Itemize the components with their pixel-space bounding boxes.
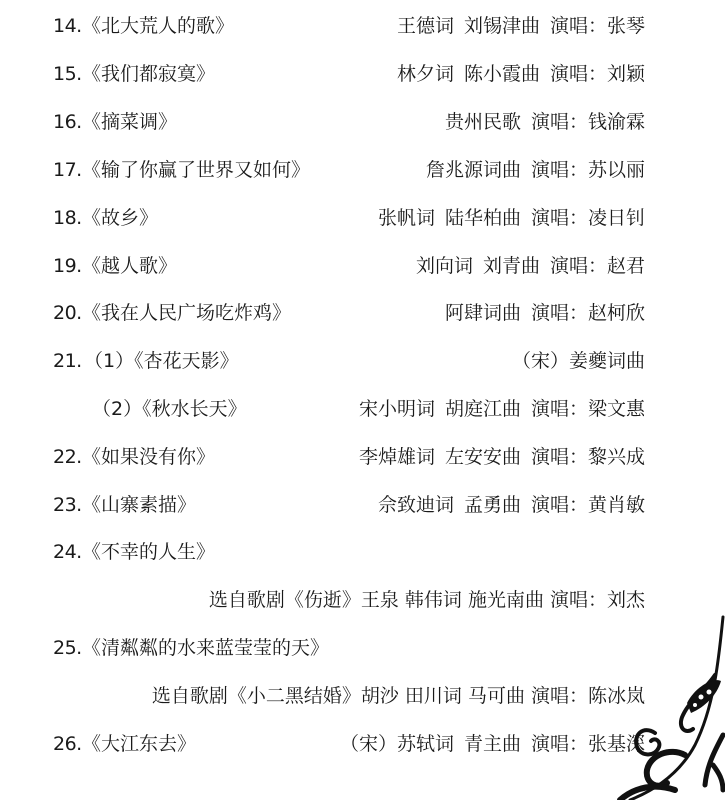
song-row-14: 14. 《北大荒人的歌》 王德词刘锡津曲演唱：张琴: [0, 11, 725, 41]
song-number: 18.: [53, 203, 82, 233]
song-row-19: 19. 《越人歌》 刘向词刘青曲演唱：赵君: [0, 251, 725, 281]
song-row-20: 20. 《我在人民广场吃炸鸡》 阿肆词曲演唱：赵柯欣: [0, 298, 725, 328]
song-credits: 张帆词陆华柏曲演唱：凌日钊: [378, 203, 645, 233]
song-number: 14.: [53, 11, 82, 41]
song-row-17: 17. 《输了你赢了世界又如何》 詹兆源词曲演唱：苏以丽: [0, 155, 725, 185]
lyricist-composer: 阿肆词曲: [445, 302, 521, 324]
song-row-23: 23. 《山寨素描》 佘致迪词孟勇曲演唱：黄肖敏: [0, 490, 725, 520]
song-row-16: 16. 《摘菜调》 贵州民歌演唱：钱渝霖: [0, 107, 725, 137]
singer: 演唱：苏以丽: [531, 159, 645, 181]
song-title: （1）《杏花天影》: [84, 346, 239, 376]
lyricist: 宋小明词: [359, 398, 435, 420]
song-credits: 佘致迪词孟勇曲演唱：黄肖敏: [378, 490, 645, 520]
composer: 刘青曲: [483, 255, 540, 277]
song-credits: 刘向词刘青曲演唱：赵君: [416, 251, 645, 281]
song-title: 《清粼粼的水来蓝莹莹的天》: [82, 633, 329, 663]
song-number: 21.: [53, 346, 82, 376]
song-credits: （宋）姜夔词曲: [512, 346, 645, 376]
song-title: 《摘菜调》: [82, 107, 177, 137]
origin: 贵州民歌: [445, 111, 521, 133]
singer: 演唱：张琴: [550, 15, 645, 37]
lyricist: 李焯雄词: [359, 446, 435, 468]
song-credits: 宋小明词胡庭江曲演唱：梁文惠: [359, 394, 645, 424]
song-row-22: 22. 《如果没有你》 李焯雄词左安安曲演唱：黎兴成: [0, 442, 725, 472]
singer: 演唱：凌日钊: [531, 207, 645, 229]
composer: 青主曲: [464, 733, 521, 755]
lyricist: 佘致迪词: [378, 494, 454, 516]
song-row-21-1: 21. （1）《杏花天影》 （宋）姜夔词曲: [0, 346, 725, 376]
song-title: 《如果没有你》: [82, 442, 215, 472]
lyricist: 张帆词: [378, 207, 435, 229]
song-number: 25.: [53, 633, 82, 663]
song-number: 17.: [53, 155, 82, 185]
song-row-21-2: （2）《秋水长天》 宋小明词胡庭江曲演唱：梁文惠: [0, 394, 725, 424]
song-title: 《输了你赢了世界又如何》: [82, 155, 310, 185]
lyricist: （宋）苏轼词: [340, 733, 454, 755]
song-number: 15.: [53, 59, 82, 89]
song-credits: 詹兆源词曲演唱：苏以丽: [426, 155, 645, 185]
lyricist-composer: 詹兆源词曲: [426, 159, 521, 181]
singer: 演唱：黄肖敏: [531, 494, 645, 516]
song-title: 《越人歌》: [82, 251, 177, 281]
song-row-24-source: 选自歌剧《伤逝》王泉 韩伟词 施光南曲 演唱：刘杰: [0, 585, 725, 615]
lyricist: 刘向词: [416, 255, 473, 277]
song-credits: 贵州民歌演唱：钱渝霖: [445, 107, 645, 137]
composer: 刘锡津曲: [464, 15, 540, 37]
singer: 演唱：刘颖: [550, 63, 645, 85]
song-source-credits: 选自歌剧《伤逝》王泉 韩伟词 施光南曲 演唱：刘杰: [209, 585, 645, 615]
song-title: 《不幸的人生》: [82, 537, 215, 567]
singer: 演唱：梁文惠: [531, 398, 645, 420]
song-credits: 李焯雄词左安安曲演唱：黎兴成: [359, 442, 645, 472]
composer: 孟勇曲: [464, 494, 521, 516]
singer: 演唱：钱渝霖: [531, 111, 645, 133]
song-number: 20.: [53, 298, 82, 328]
song-number: 24.: [53, 537, 82, 567]
song-credits: 阿肆词曲演唱：赵柯欣: [445, 298, 645, 328]
composer: 陆华柏曲: [445, 207, 521, 229]
composer: 左安安曲: [445, 446, 521, 468]
song-number: 22.: [53, 442, 82, 472]
lyricist: 林夕词: [397, 63, 454, 85]
composer: 胡庭江曲: [445, 398, 521, 420]
song-row-18: 18. 《故乡》 张帆词陆华柏曲演唱：凌日钊: [0, 203, 725, 233]
song-title: （2）《秋水长天》: [92, 394, 247, 424]
singer: 演唱：黎兴成: [531, 446, 645, 468]
song-number: 19.: [53, 251, 82, 281]
song-title: 《山寨素描》: [82, 490, 196, 520]
lyricist: 王德词: [397, 15, 454, 37]
song-credits: （宋）苏轼词青主曲演唱：张基深: [340, 729, 645, 759]
song-number: 26.: [53, 729, 82, 759]
song-list-page: 14. 《北大荒人的歌》 王德词刘锡津曲演唱：张琴 15. 《我们都寂寞》 林夕…: [0, 0, 725, 800]
song-number: 16.: [53, 107, 82, 137]
song-credits: 王德词刘锡津曲演唱：张琴: [397, 11, 645, 41]
song-row-24: 24. 《不幸的人生》: [0, 537, 725, 567]
composer: 陈小霞曲: [464, 63, 540, 85]
singer: 演唱：赵君: [550, 255, 645, 277]
song-credits: 林夕词陈小霞曲演唱：刘颖: [397, 59, 645, 89]
song-title: 《我们都寂寞》: [82, 59, 215, 89]
lyricist-composer: （宋）姜夔词曲: [512, 350, 645, 372]
singer: 演唱：赵柯欣: [531, 302, 645, 324]
song-title: 《大江东去》: [82, 729, 196, 759]
song-row-15: 15. 《我们都寂寞》 林夕词陈小霞曲演唱：刘颖: [0, 59, 725, 89]
song-number: 23.: [53, 490, 82, 520]
song-source-credits: 选自歌剧《小二黑结婚》胡沙 田川词 马可曲 演唱：陈冰岚: [152, 681, 645, 711]
song-title: 《我在人民广场吃炸鸡》: [82, 298, 291, 328]
corner-flourish-icon: [615, 615, 725, 800]
song-title: 《故乡》: [82, 203, 158, 233]
song-title: 《北大荒人的歌》: [82, 11, 234, 41]
